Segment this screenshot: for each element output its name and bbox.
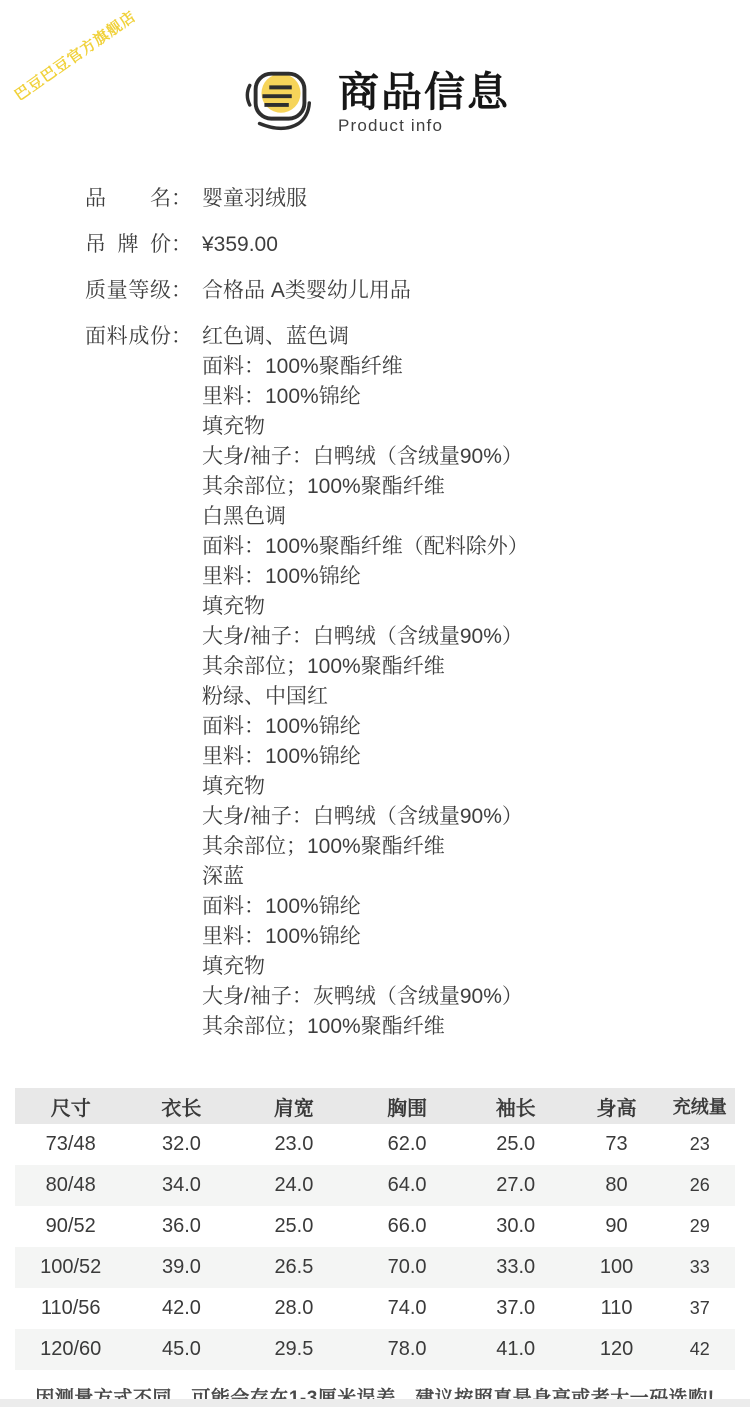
- fabric-line: 填充物: [202, 592, 529, 622]
- fabric-line: 里料：100%锦纶: [202, 922, 529, 952]
- table-row: 73/4832.023.062.025.07323: [15, 1124, 735, 1165]
- size-cell: 24.0: [236, 1165, 351, 1206]
- size-cell: 28.0: [236, 1288, 351, 1329]
- size-cell: 25.0: [463, 1124, 569, 1165]
- size-table-header-row: 尺寸衣长肩宽胸围袖长身高充绒量: [15, 1088, 735, 1124]
- fabric-line: 大身/袖子：白鸭绒（含绒量90%）: [202, 442, 529, 472]
- detail-colon: ：: [171, 276, 192, 306]
- fabric-line: 里料：100%锦纶: [202, 382, 529, 412]
- size-cell: 42.0: [126, 1288, 236, 1329]
- fabric-line: 大身/袖子：灰鸭绒（含绒量90%）: [202, 982, 529, 1012]
- fabric-line: 深蓝: [202, 862, 529, 892]
- size-cell: 39.0: [126, 1247, 236, 1288]
- size-cell: 120: [569, 1329, 665, 1370]
- fabric-line: 其余部位；100%聚酯纤维: [202, 652, 529, 682]
- detail-row-fabric: 面料成份： 红色调、蓝色调面料：100%聚酯纤维里料：100%锦纶填充物大身/袖…: [85, 322, 750, 1042]
- fabric-line: 面料：100%锦纶: [202, 712, 529, 742]
- fabric-line: 里料：100%锦纶: [202, 742, 529, 772]
- fabric-line: 面料：100%聚酯纤维: [202, 352, 529, 382]
- detail-value: ¥359.00: [202, 230, 278, 260]
- fabric-line: 其余部位；100%聚酯纤维: [202, 472, 529, 502]
- size-cell: 23: [664, 1124, 735, 1165]
- size-cell: 37.0: [463, 1288, 569, 1329]
- fabric-line: 填充物: [202, 412, 529, 442]
- detail-colon: ：: [171, 230, 192, 260]
- size-cell: 80/48: [15, 1165, 126, 1206]
- size-cell: 23.0: [236, 1124, 351, 1165]
- product-details: 品名： 婴童羽绒服 吊牌价： ¥359.00 质量等级： 合格品 A类婴幼儿用品…: [0, 184, 750, 1042]
- size-cell: 73: [569, 1124, 665, 1165]
- page-subtitle: Product info: [338, 116, 510, 136]
- size-cell: 90: [569, 1206, 665, 1247]
- size-cell: 100/52: [15, 1247, 126, 1288]
- size-cell: 26: [664, 1165, 735, 1206]
- fabric-line: 面料：100%聚酯纤维（配料除外）: [202, 532, 529, 562]
- column-header: 衣长: [126, 1088, 236, 1124]
- table-row: 120/6045.029.578.041.012042: [15, 1329, 735, 1370]
- size-cell: 110/56: [15, 1288, 126, 1329]
- size-cell: 42: [664, 1329, 735, 1370]
- size-cell: 66.0: [351, 1206, 462, 1247]
- size-cell: 74.0: [351, 1288, 462, 1329]
- size-cell: 33.0: [463, 1247, 569, 1288]
- fabric-line: 大身/袖子：白鸭绒（含绒量90%）: [202, 802, 529, 832]
- detail-value: 婴童羽绒服: [202, 184, 307, 214]
- size-cell: 120/60: [15, 1329, 126, 1370]
- column-header: 尺寸: [15, 1088, 126, 1124]
- size-table-body: 73/4832.023.062.025.0732380/4834.024.064…: [15, 1124, 735, 1370]
- fabric-line: 白黑色调: [202, 502, 529, 532]
- size-cell: 100: [569, 1247, 665, 1288]
- detail-value: 合格品 A类婴幼儿用品: [202, 276, 411, 306]
- product-info-page: 巴豆巴豆官方旗舰店 商品信息 Product info 品名： 婴童羽绒服 吊牌…: [0, 0, 750, 1407]
- fabric-line: 红色调、蓝色调: [202, 322, 529, 352]
- detail-colon: ：: [171, 184, 192, 214]
- size-cell: 30.0: [463, 1206, 569, 1247]
- column-header: 充绒量: [664, 1088, 735, 1124]
- size-cell: 64.0: [351, 1165, 462, 1206]
- detail-label: 品名: [85, 184, 171, 214]
- fabric-line: 填充物: [202, 952, 529, 982]
- table-row: 110/5642.028.074.037.011037: [15, 1288, 735, 1329]
- column-header: 胸围: [351, 1088, 462, 1124]
- size-cell: 29: [664, 1206, 735, 1247]
- table-row: 80/4834.024.064.027.08026: [15, 1165, 735, 1206]
- size-cell: 90/52: [15, 1206, 126, 1247]
- size-cell: 29.5: [236, 1329, 351, 1370]
- fabric-line: 里料：100%锦纶: [202, 562, 529, 592]
- table-row: 100/5239.026.570.033.010033: [15, 1247, 735, 1288]
- size-table-head: 尺寸衣长肩宽胸围袖长身高充绒量: [15, 1088, 735, 1124]
- size-table: 尺寸衣长肩宽胸围袖长身高充绒量 73/4832.023.062.025.0732…: [15, 1088, 735, 1370]
- product-info-bubble-icon: [240, 62, 322, 144]
- size-cell: 80: [569, 1165, 665, 1206]
- page-title: 商品信息: [338, 70, 510, 115]
- fabric-line: 粉绿、中国红: [202, 682, 529, 712]
- bottom-divider: [0, 1399, 750, 1407]
- detail-label: 质量等级: [85, 276, 171, 306]
- table-row: 90/5236.025.066.030.09029: [15, 1206, 735, 1247]
- fabric-line: 大身/袖子：白鸭绒（含绒量90%）: [202, 622, 529, 652]
- detail-colon: ：: [171, 322, 192, 1042]
- size-cell: 62.0: [351, 1124, 462, 1165]
- column-header: 袖长: [463, 1088, 569, 1124]
- size-cell: 45.0: [126, 1329, 236, 1370]
- size-cell: 36.0: [126, 1206, 236, 1247]
- size-cell: 41.0: [463, 1329, 569, 1370]
- detail-row-price: 吊牌价： ¥359.00: [85, 230, 750, 260]
- size-cell: 32.0: [126, 1124, 236, 1165]
- size-cell: 34.0: [126, 1165, 236, 1206]
- fabric-line: 其余部位；100%聚酯纤维: [202, 832, 529, 862]
- detail-label: 面料成份: [85, 322, 171, 1042]
- size-cell: 110: [569, 1288, 665, 1329]
- size-cell: 37: [664, 1288, 735, 1329]
- size-cell: 78.0: [351, 1329, 462, 1370]
- detail-label: 吊牌价: [85, 230, 171, 260]
- size-cell: 33: [664, 1247, 735, 1288]
- title-block: 商品信息 Product info: [338, 70, 510, 136]
- size-cell: 70.0: [351, 1247, 462, 1288]
- size-cell: 27.0: [463, 1165, 569, 1206]
- column-header: 身高: [569, 1088, 665, 1124]
- detail-row-name: 品名： 婴童羽绒服: [85, 184, 750, 214]
- size-cell: 26.5: [236, 1247, 351, 1288]
- fabric-composition-list: 红色调、蓝色调面料：100%聚酯纤维里料：100%锦纶填充物大身/袖子：白鸭绒（…: [202, 322, 529, 1042]
- size-cell: 25.0: [236, 1206, 351, 1247]
- fabric-line: 填充物: [202, 772, 529, 802]
- fabric-line: 其余部位；100%聚酯纤维: [202, 1012, 529, 1042]
- detail-row-quality: 质量等级： 合格品 A类婴幼儿用品: [85, 276, 750, 306]
- size-cell: 73/48: [15, 1124, 126, 1165]
- fabric-line: 面料：100%锦纶: [202, 892, 529, 922]
- column-header: 肩宽: [236, 1088, 351, 1124]
